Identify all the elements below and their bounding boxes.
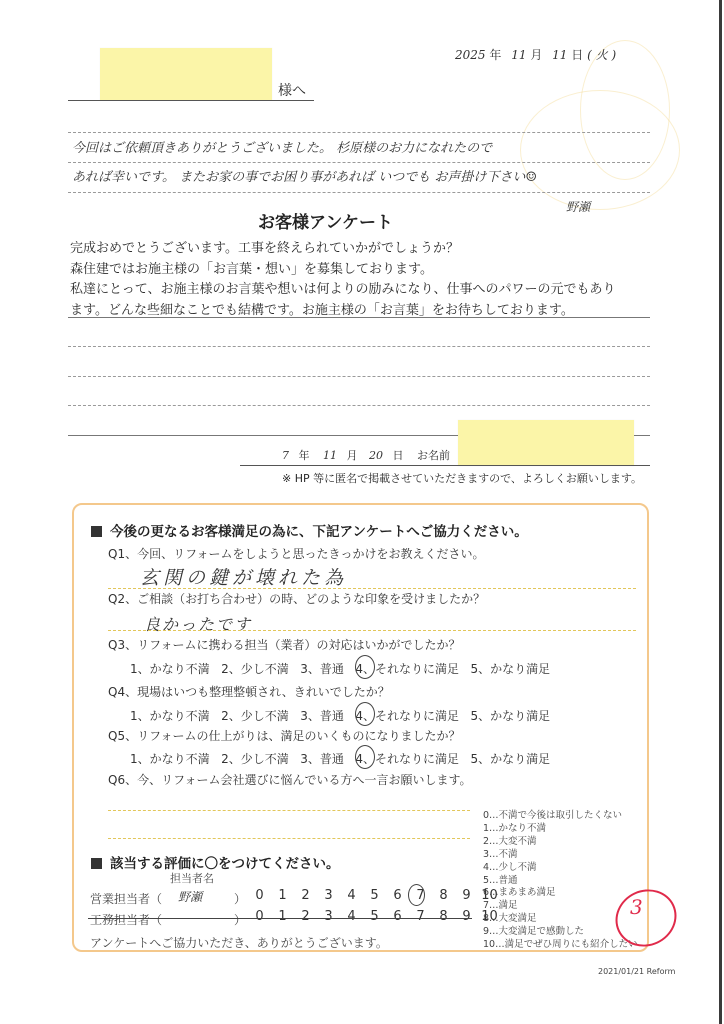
question-q6: Q6、今、リフォーム会社選びに悩んでいる方へ一言お願いします。: [108, 771, 472, 788]
question-q5: Q5、リフォームの仕上がりは、満足のいくものになりましたか？: [108, 727, 460, 744]
anonymity-note: ※ HP 等に匿名で掲載させていただきますので、よろしくお願いします。: [282, 470, 642, 486]
selected-circle-q5: [355, 745, 375, 769]
letter-date: 2025 年 11 月 11 日 ( 火 ): [455, 46, 616, 63]
selected-circle-q4: [355, 702, 375, 726]
legend-item: 7…満足: [483, 900, 638, 913]
construction-close-paren: ）: [234, 911, 246, 928]
message-line-2: あれば幸いです。 またお家の事でお困り事があれば いつでも お声掛け下さい☺: [72, 166, 537, 185]
question-q2: Q2、ご相談（お打ち合わせ）の時、どのような印象を受けましたか？: [108, 590, 485, 607]
name-underline: [240, 465, 650, 466]
survey-title: お客様アンケート: [258, 208, 393, 233]
intro-line: 完成おめでとうございます。工事を終えられていかがでしょうか？: [70, 239, 670, 260]
answer-q2: 良かったです: [144, 612, 252, 635]
red-stamp-mark: 3: [630, 895, 643, 919]
survey-intro: 完成おめでとうございます。工事を終えられていかがでしょうか？ 森住建ではお施主様…: [70, 239, 670, 321]
intro-line: 森住建ではお施主様の「お言葉・想い」を募集しております。: [70, 260, 670, 281]
message-line-1: 今回はご依頼頂きありがとうございました。 杉原様のお力になれたので: [72, 137, 492, 156]
options-q4: 1、かなり不満 2、少し不満 3、普通 4、それなりに満足 5、かなり満足: [130, 707, 550, 724]
form-version: 2021/01/21 Reform: [598, 967, 675, 976]
redaction-sticky-recipient: [100, 48, 272, 100]
legend-item: 9…大変満足で感動した: [483, 926, 638, 939]
message-rule: [68, 132, 650, 133]
rating-heading: 該当する評価に〇をつけてください。: [91, 852, 340, 872]
options-q5: 1、かなり不満 2、少し不満 3、普通 4、それなりに満足 5、かなり満足: [130, 750, 550, 767]
response-date: 7 年 11 月 20 日 お名前: [282, 447, 450, 463]
selected-circle-q3: [355, 655, 375, 679]
comment-rule: [68, 405, 650, 406]
square-bullet-icon: [91, 526, 102, 537]
recipient-suffix: 様へ: [278, 80, 306, 100]
selected-circle-sales-rating: [408, 884, 425, 906]
legend-item: 4…少し不満: [483, 862, 638, 875]
intro-line: 私達にとって、お施主様のお言葉や想いは何よりの励みになり、仕事へのパワーの元でも…: [70, 280, 670, 301]
options-q3: 1、かなり不満 2、少し不満 3、普通 4、それなりに満足 5、かなり満足: [130, 660, 550, 677]
comment-rule: [68, 376, 650, 377]
legend-item: 6…まあまあ満足: [483, 887, 638, 900]
question-q3: Q3、リフォームに携わる担当（業者）の対応はいかがでしたか？: [108, 636, 460, 653]
redaction-sticky-name: [458, 420, 634, 466]
questionnaire-heading: 今後の更なるお客様満足の為に、下記アンケートへご協力ください。: [91, 520, 528, 540]
thanks-text: アンケートへご協力いただき、ありがとうございます。: [90, 934, 388, 951]
question-q1: Q1、今回、リフォームをしようと思ったきっかけをお教えください。: [108, 545, 484, 562]
sales-staff-name: 野瀬: [178, 888, 202, 905]
sales-staff-label: 営業担当者（: [90, 890, 162, 907]
answer-q1: 玄関の鍵が壊れた為: [140, 563, 347, 590]
construction-rating-scale: 012345678910: [248, 909, 501, 924]
legend-item: 2…大変不満: [483, 836, 638, 849]
page-edge-border: [719, 0, 722, 1024]
square-bullet-icon: [91, 858, 102, 869]
comment-rule: [68, 346, 650, 347]
comment-rule: [68, 317, 650, 318]
question-q4: Q4、現場はいつも整理整頓され、きれいでしたか？: [108, 683, 390, 700]
rating-legend: 0…不満で今後は取引したくない 1…かなり不満 2…大変不満 3…不満 4…少し…: [483, 810, 638, 952]
legend-item: 5…普通: [483, 875, 638, 888]
message-rule: [68, 162, 650, 163]
sales-close-paren: ）: [234, 890, 246, 907]
recipient-underline: [68, 100, 314, 101]
construction-strikethrough: [88, 918, 472, 919]
signature: 野瀬: [566, 198, 590, 215]
answer-rule: [108, 838, 470, 839]
legend-item: 3…不満: [483, 849, 638, 862]
answer-rule: [108, 630, 636, 631]
legend-item: 0…不満で今後は取引したくない: [483, 810, 638, 823]
answer-rule: [108, 810, 470, 811]
answer-rule: [108, 588, 636, 589]
legend-item: 1…かなり不満: [483, 823, 638, 836]
legend-item: 10…満足でぜひ周りにも紹介したい: [483, 939, 638, 952]
sales-rating-scale: 012345678910: [248, 888, 501, 903]
construction-staff-label: 工務担当者（: [90, 911, 162, 928]
staff-name-label: 担当者名: [170, 870, 214, 886]
message-rule: [68, 192, 650, 193]
